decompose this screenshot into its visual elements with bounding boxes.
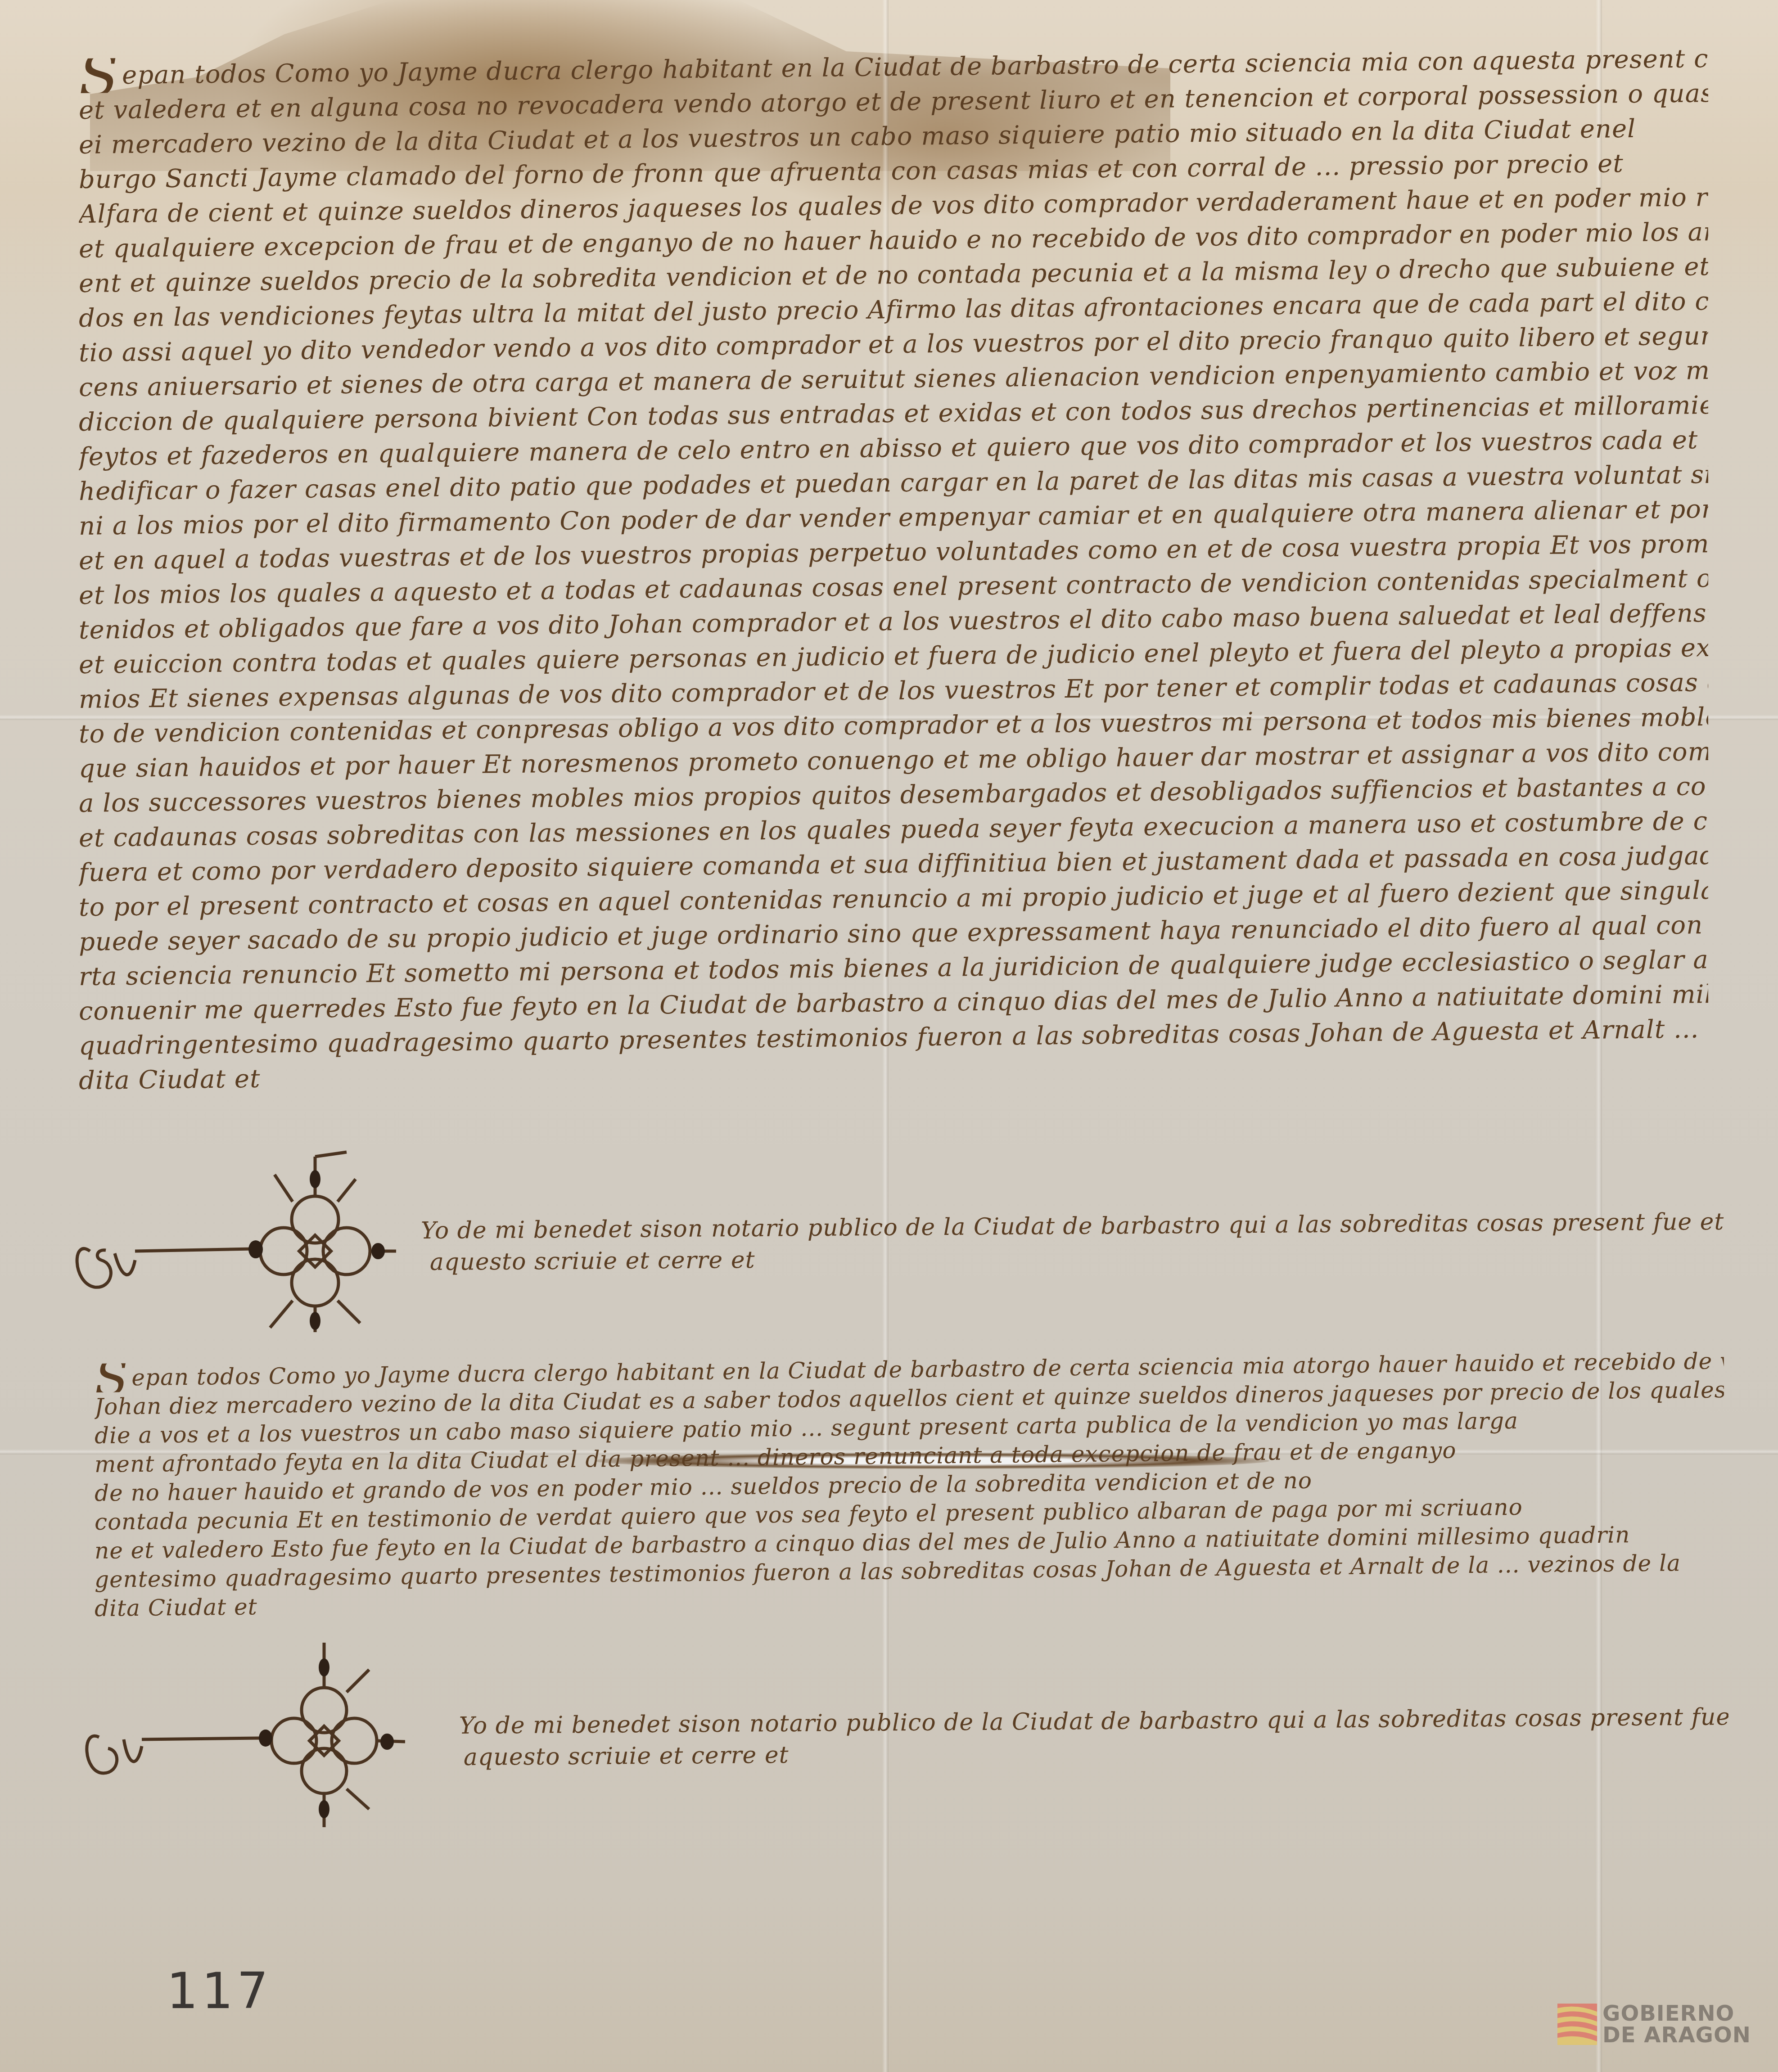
watermark-text: GOBIERNO DE ARAGON — [1602, 2003, 1751, 2046]
aragon-flag-icon — [1557, 2004, 1597, 2045]
notary-sign-icon — [72, 1638, 405, 1827]
notary-signum-2 — [72, 1638, 405, 1827]
second-act-text: Sepan todos Como yo Jayme ducra clergo h… — [95, 1364, 1724, 1623]
archive-number: 117 — [167, 1962, 272, 2020]
main-act-text: Sepan todos Como yo Jayme ducra clergo h… — [79, 59, 1708, 1098]
notary-subscription-1: Yo de mi benedet sison notario publico d… — [421, 1215, 1726, 1278]
watermark-line-2: DE ARAGON — [1602, 2024, 1751, 2046]
watermark-line-1: GOBIERNO — [1602, 2003, 1751, 2024]
notary-subscription-2: Yo de mi benedet sison notario publico d… — [459, 1710, 1728, 1773]
notary-sign-icon — [63, 1148, 396, 1337]
notary-signum-1 — [63, 1148, 396, 1337]
gobierno-de-aragon-watermark: GOBIERNO DE ARAGON — [1557, 2003, 1751, 2046]
